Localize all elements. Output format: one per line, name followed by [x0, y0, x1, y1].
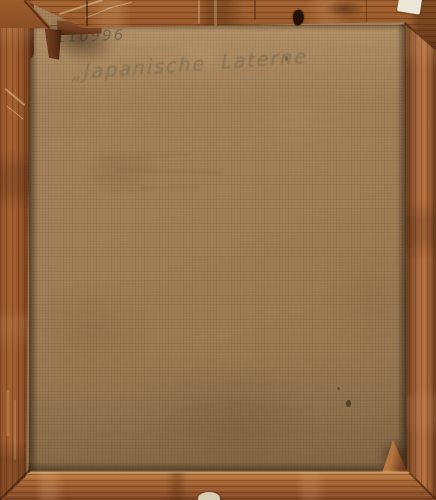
wood-streak — [198, 0, 200, 24]
paint-chip — [198, 492, 220, 500]
wood-streak — [366, 0, 367, 22]
wood-streak — [254, 0, 256, 20]
frame-edge-highlight — [30, 471, 408, 473]
frame-rail-right — [403, 0, 436, 500]
frame-canvas-shadow-left — [29, 26, 38, 474]
wood-crack — [86, 0, 88, 26]
photo-back-of-framed-painting: 110996 „Japanische Laterne — [0, 0, 436, 500]
wood-knot-patch — [324, 0, 364, 18]
wood-streak — [6, 390, 9, 436]
wood-streak — [214, 0, 217, 26]
photo-vignette — [0, 0, 436, 500]
wood-streak — [14, 400, 16, 460]
